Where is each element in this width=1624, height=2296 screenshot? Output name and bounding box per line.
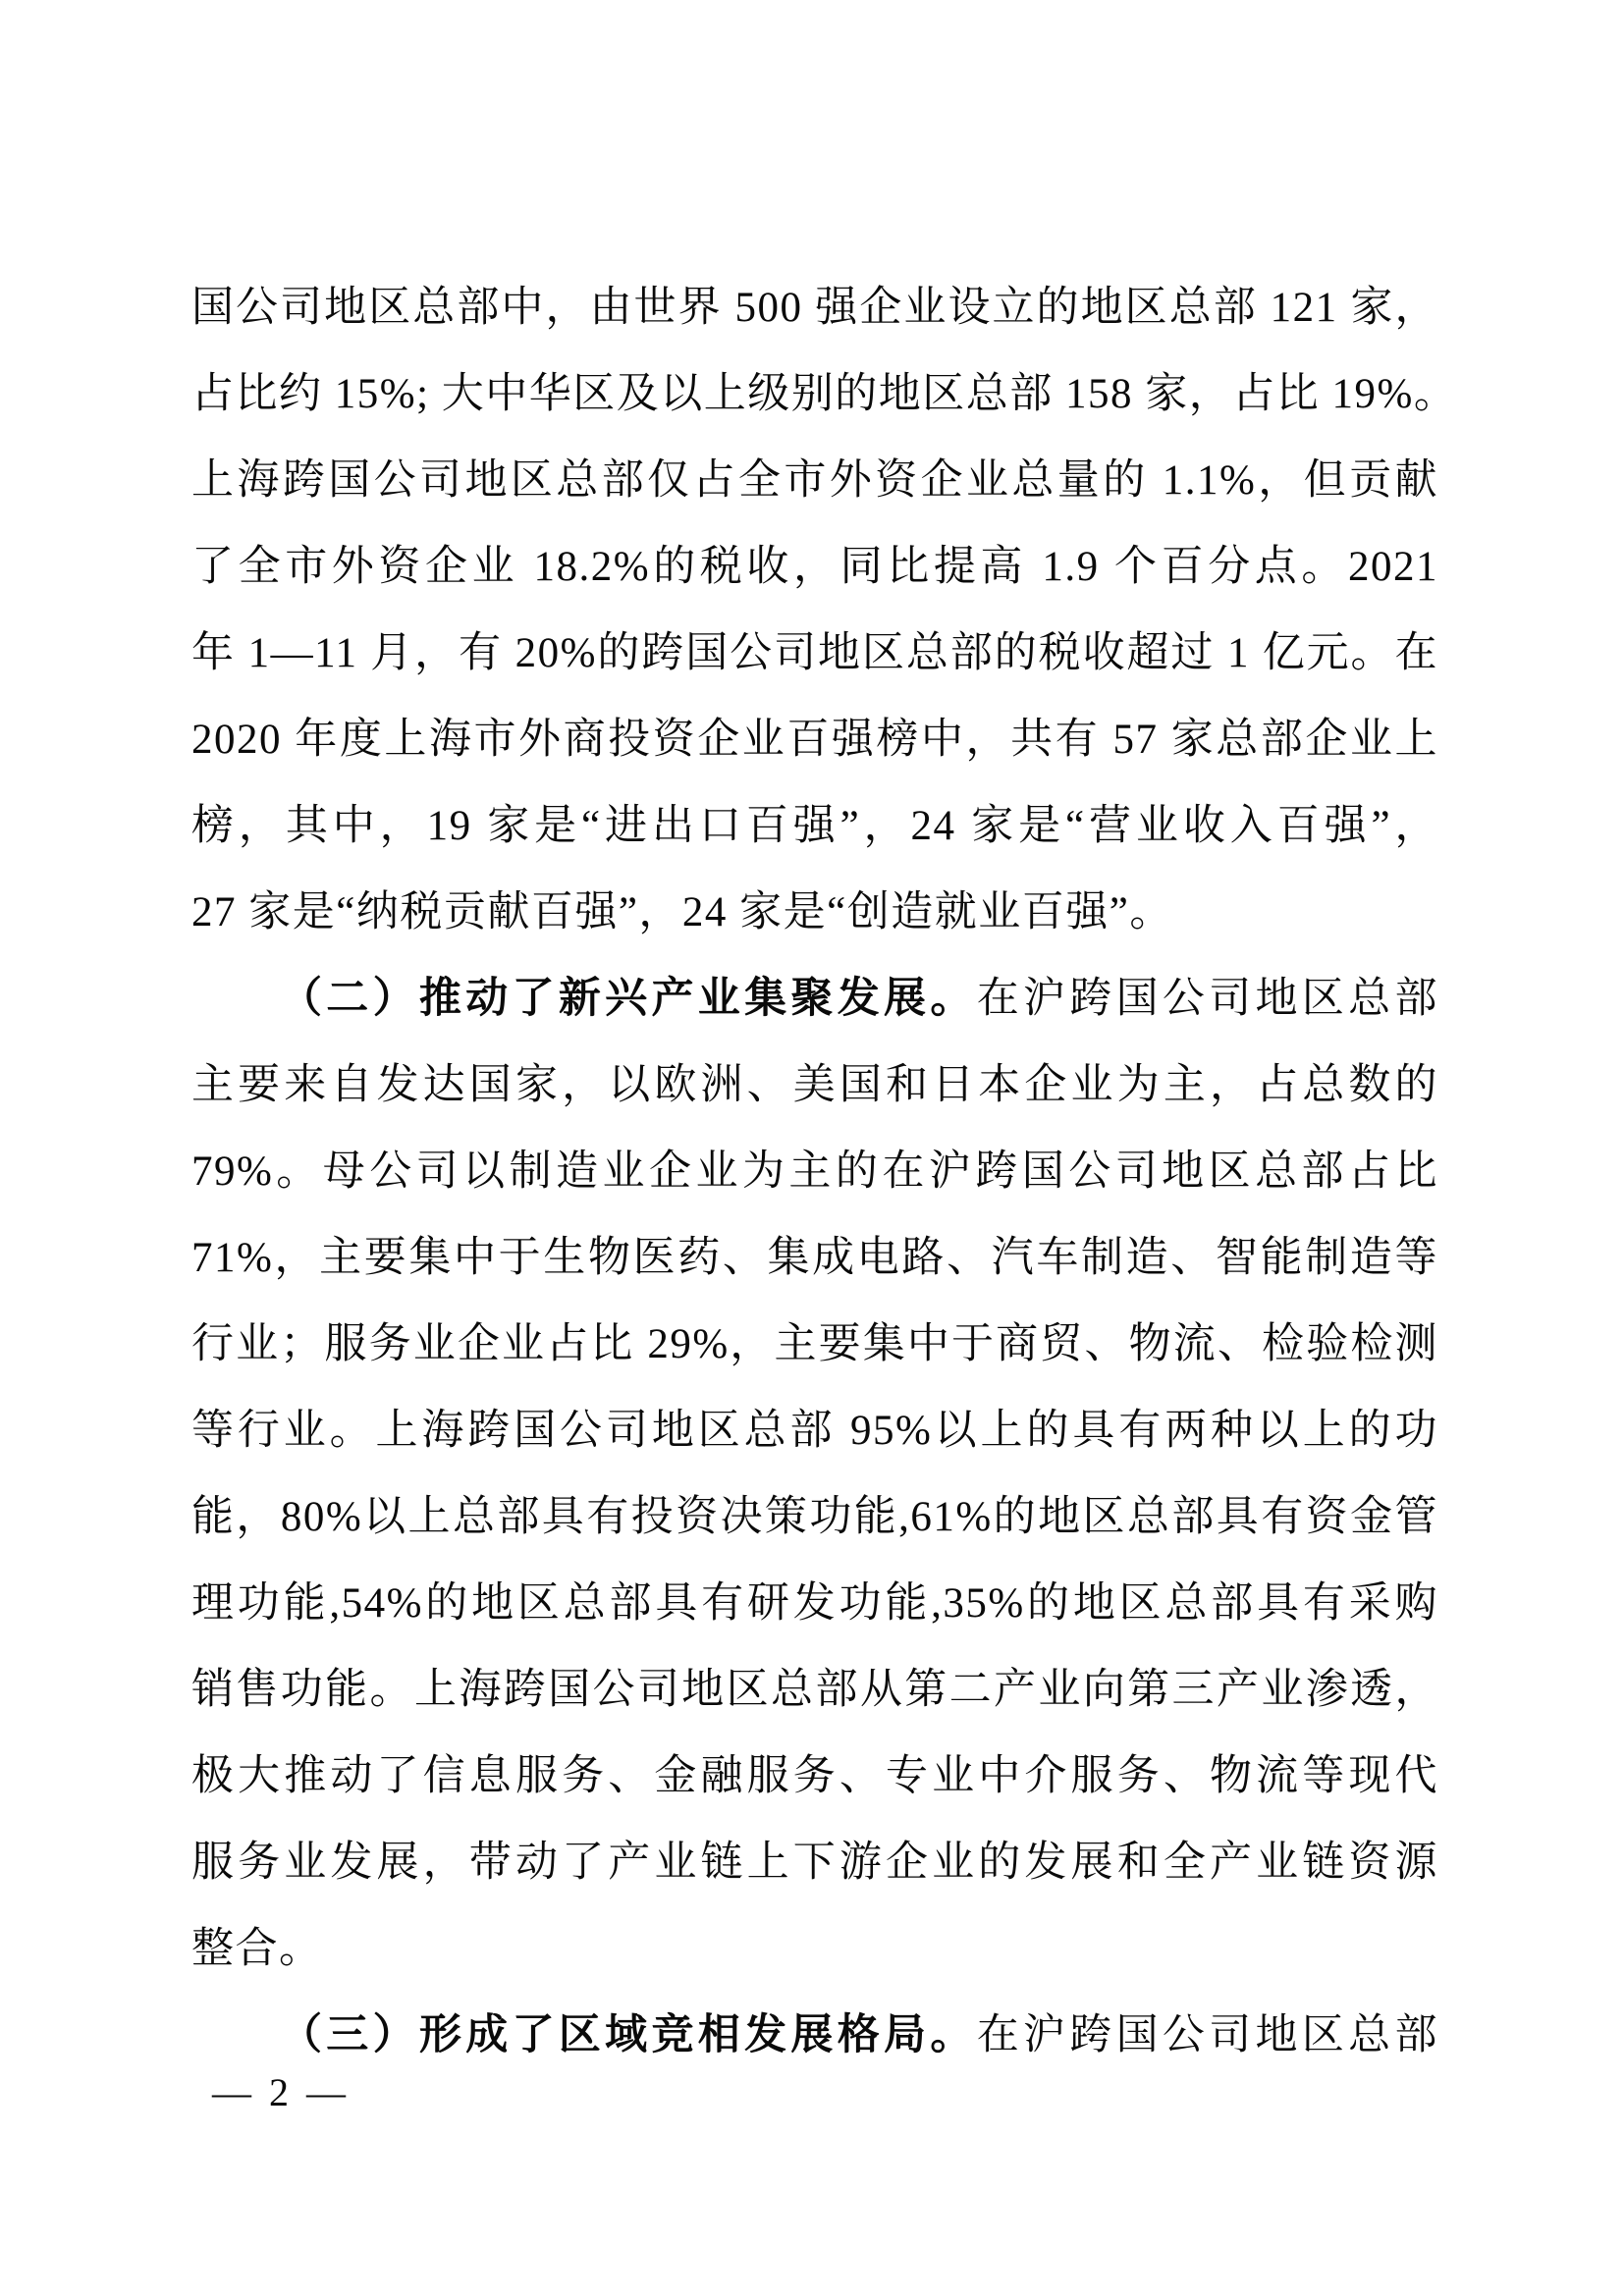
text-line: 主要来自发达国家，以欧洲、美国和日本企业为主，占总数的 (191, 1042, 1438, 1129)
text-line: 销售功能。上海跨国公司地区总部从第二产业向第三产业渗透， (191, 1647, 1438, 1734)
text-line: 27 家是“纳税贡献百强”，24 家是“创造就业百强”。 (191, 870, 1438, 956)
text-segment: 等行业。上海跨国公司地区总部 95%以上的具有两种以上的功 (191, 1408, 1438, 1454)
text-segment: 服务业发展，带动了产业链上下游企业的发展和全产业链资源 (191, 1840, 1438, 1886)
text-line: 上海跨国公司地区总部仅占全市外资企业总量的 1.1%，但贡献 (191, 438, 1438, 524)
document-page: 国公司地区总部中，由世界 500 强企业设立的地区总部 121 家，占比约 15… (0, 0, 1624, 2296)
text-segment: 销售功能。上海跨国公司地区总部从第二产业向第三产业渗透， (191, 1667, 1438, 1713)
text-line: 占比约 15%; 大中华区及以上级别的地区总部 158 家，占比 19%。 (191, 351, 1438, 438)
text-line: （二）推动了新兴产业集聚发展。在沪跨国公司地区总部 (191, 956, 1438, 1042)
text-segment: 国公司地区总部中，由世界 500 强企业设立的地区总部 121 家， (191, 285, 1438, 331)
text-line: 2020 年度上海市外商投资企业百强榜中，共有 57 家总部企业上 (191, 697, 1438, 783)
text-line: 能，80%以上总部具有投资决策功能,61%的地区总部具有资金管 (191, 1474, 1438, 1561)
text-segment: 整合。 (191, 1926, 323, 1972)
text-line: 极大推动了信息服务、金融服务、专业中介服务、物流等现代 (191, 1734, 1438, 1820)
page-number: — 2 — (212, 2073, 350, 2112)
text-line: 79%。母公司以制造业企业为主的在沪跨国公司地区总部占比 (191, 1129, 1438, 1215)
text-line: 71%，主要集中于生物医药、集成电路、汽车制造、智能制造等 (191, 1215, 1438, 1302)
text-segment: 在沪跨国公司地区总部 (977, 976, 1438, 1022)
section-heading: （二）推动了新兴产业集聚发展。 (280, 976, 977, 1022)
text-segment: 占比约 15%; 大中华区及以上级别的地区总部 158 家，占比 19%。 (191, 371, 1457, 417)
text-line: 榜，其中，19 家是“进出口百强”，24 家是“营业收入百强”， (191, 783, 1438, 870)
text-segment: 2020 年度上海市外商投资企业百强榜中，共有 57 家总部企业上 (191, 717, 1438, 763)
text-segment: 榜，其中，19 家是“进出口百强”，24 家是“营业收入百强”， (191, 803, 1438, 849)
text-line: （三）形成了区域竞相发展格局。在沪跨国公司地区总部 (191, 1993, 1438, 2079)
text-line: 了全市外资企业 18.2%的税收，同比提高 1.9 个百分点。2021 (191, 524, 1438, 611)
text-segment: 行业；服务业企业占比 29%，主要集中于商贸、物流、检验检测 (191, 1321, 1438, 1367)
text-segment: 理功能,54%的地区总部具有研发功能,35%的地区总部具有采购 (191, 1580, 1438, 1627)
text-segment: 了全市外资企业 18.2%的税收，同比提高 1.9 个百分点。2021 (191, 544, 1438, 590)
text-segment: 极大推动了信息服务、金融服务、专业中介服务、物流等现代 (191, 1753, 1438, 1799)
text-line: 年 1—11 月，有 20%的跨国公司地区总部的税收超过 1 亿元。在 (191, 611, 1438, 697)
text-segment: 主要来自发达国家，以欧洲、美国和日本企业为主，占总数的 (191, 1062, 1438, 1108)
section-heading: （三）形成了区域竞相发展格局。 (280, 2012, 977, 2058)
document-body-text: 国公司地区总部中，由世界 500 强企业设立的地区总部 121 家，占比约 15… (191, 265, 1438, 2079)
text-line: 行业；服务业企业占比 29%，主要集中于商贸、物流、检验检测 (191, 1302, 1438, 1388)
text-segment: 能，80%以上总部具有投资决策功能,61%的地区总部具有资金管 (191, 1494, 1438, 1540)
text-line: 整合。 (191, 1906, 1438, 1993)
text-segment: 71%，主要集中于生物医药、集成电路、汽车制造、智能制造等 (191, 1235, 1438, 1281)
text-segment: 年 1—11 月，有 20%的跨国公司地区总部的税收超过 1 亿元。在 (191, 630, 1438, 676)
text-line: 国公司地区总部中，由世界 500 强企业设立的地区总部 121 家， (191, 265, 1438, 351)
text-line: 理功能,54%的地区总部具有研发功能,35%的地区总部具有采购 (191, 1561, 1438, 1647)
text-line: 服务业发展，带动了产业链上下游企业的发展和全产业链资源 (191, 1820, 1438, 1906)
text-segment: 上海跨国公司地区总部仅占全市外资企业总量的 1.1%，但贡献 (191, 457, 1438, 504)
text-segment: 27 家是“纳税贡献百强”，24 家是“创造就业百强”。 (191, 889, 1173, 935)
text-segment: 在沪跨国公司地区总部 (977, 2012, 1438, 2058)
text-line: 等行业。上海跨国公司地区总部 95%以上的具有两种以上的功 (191, 1388, 1438, 1474)
text-segment: 79%。母公司以制造业企业为主的在沪跨国公司地区总部占比 (191, 1148, 1438, 1195)
